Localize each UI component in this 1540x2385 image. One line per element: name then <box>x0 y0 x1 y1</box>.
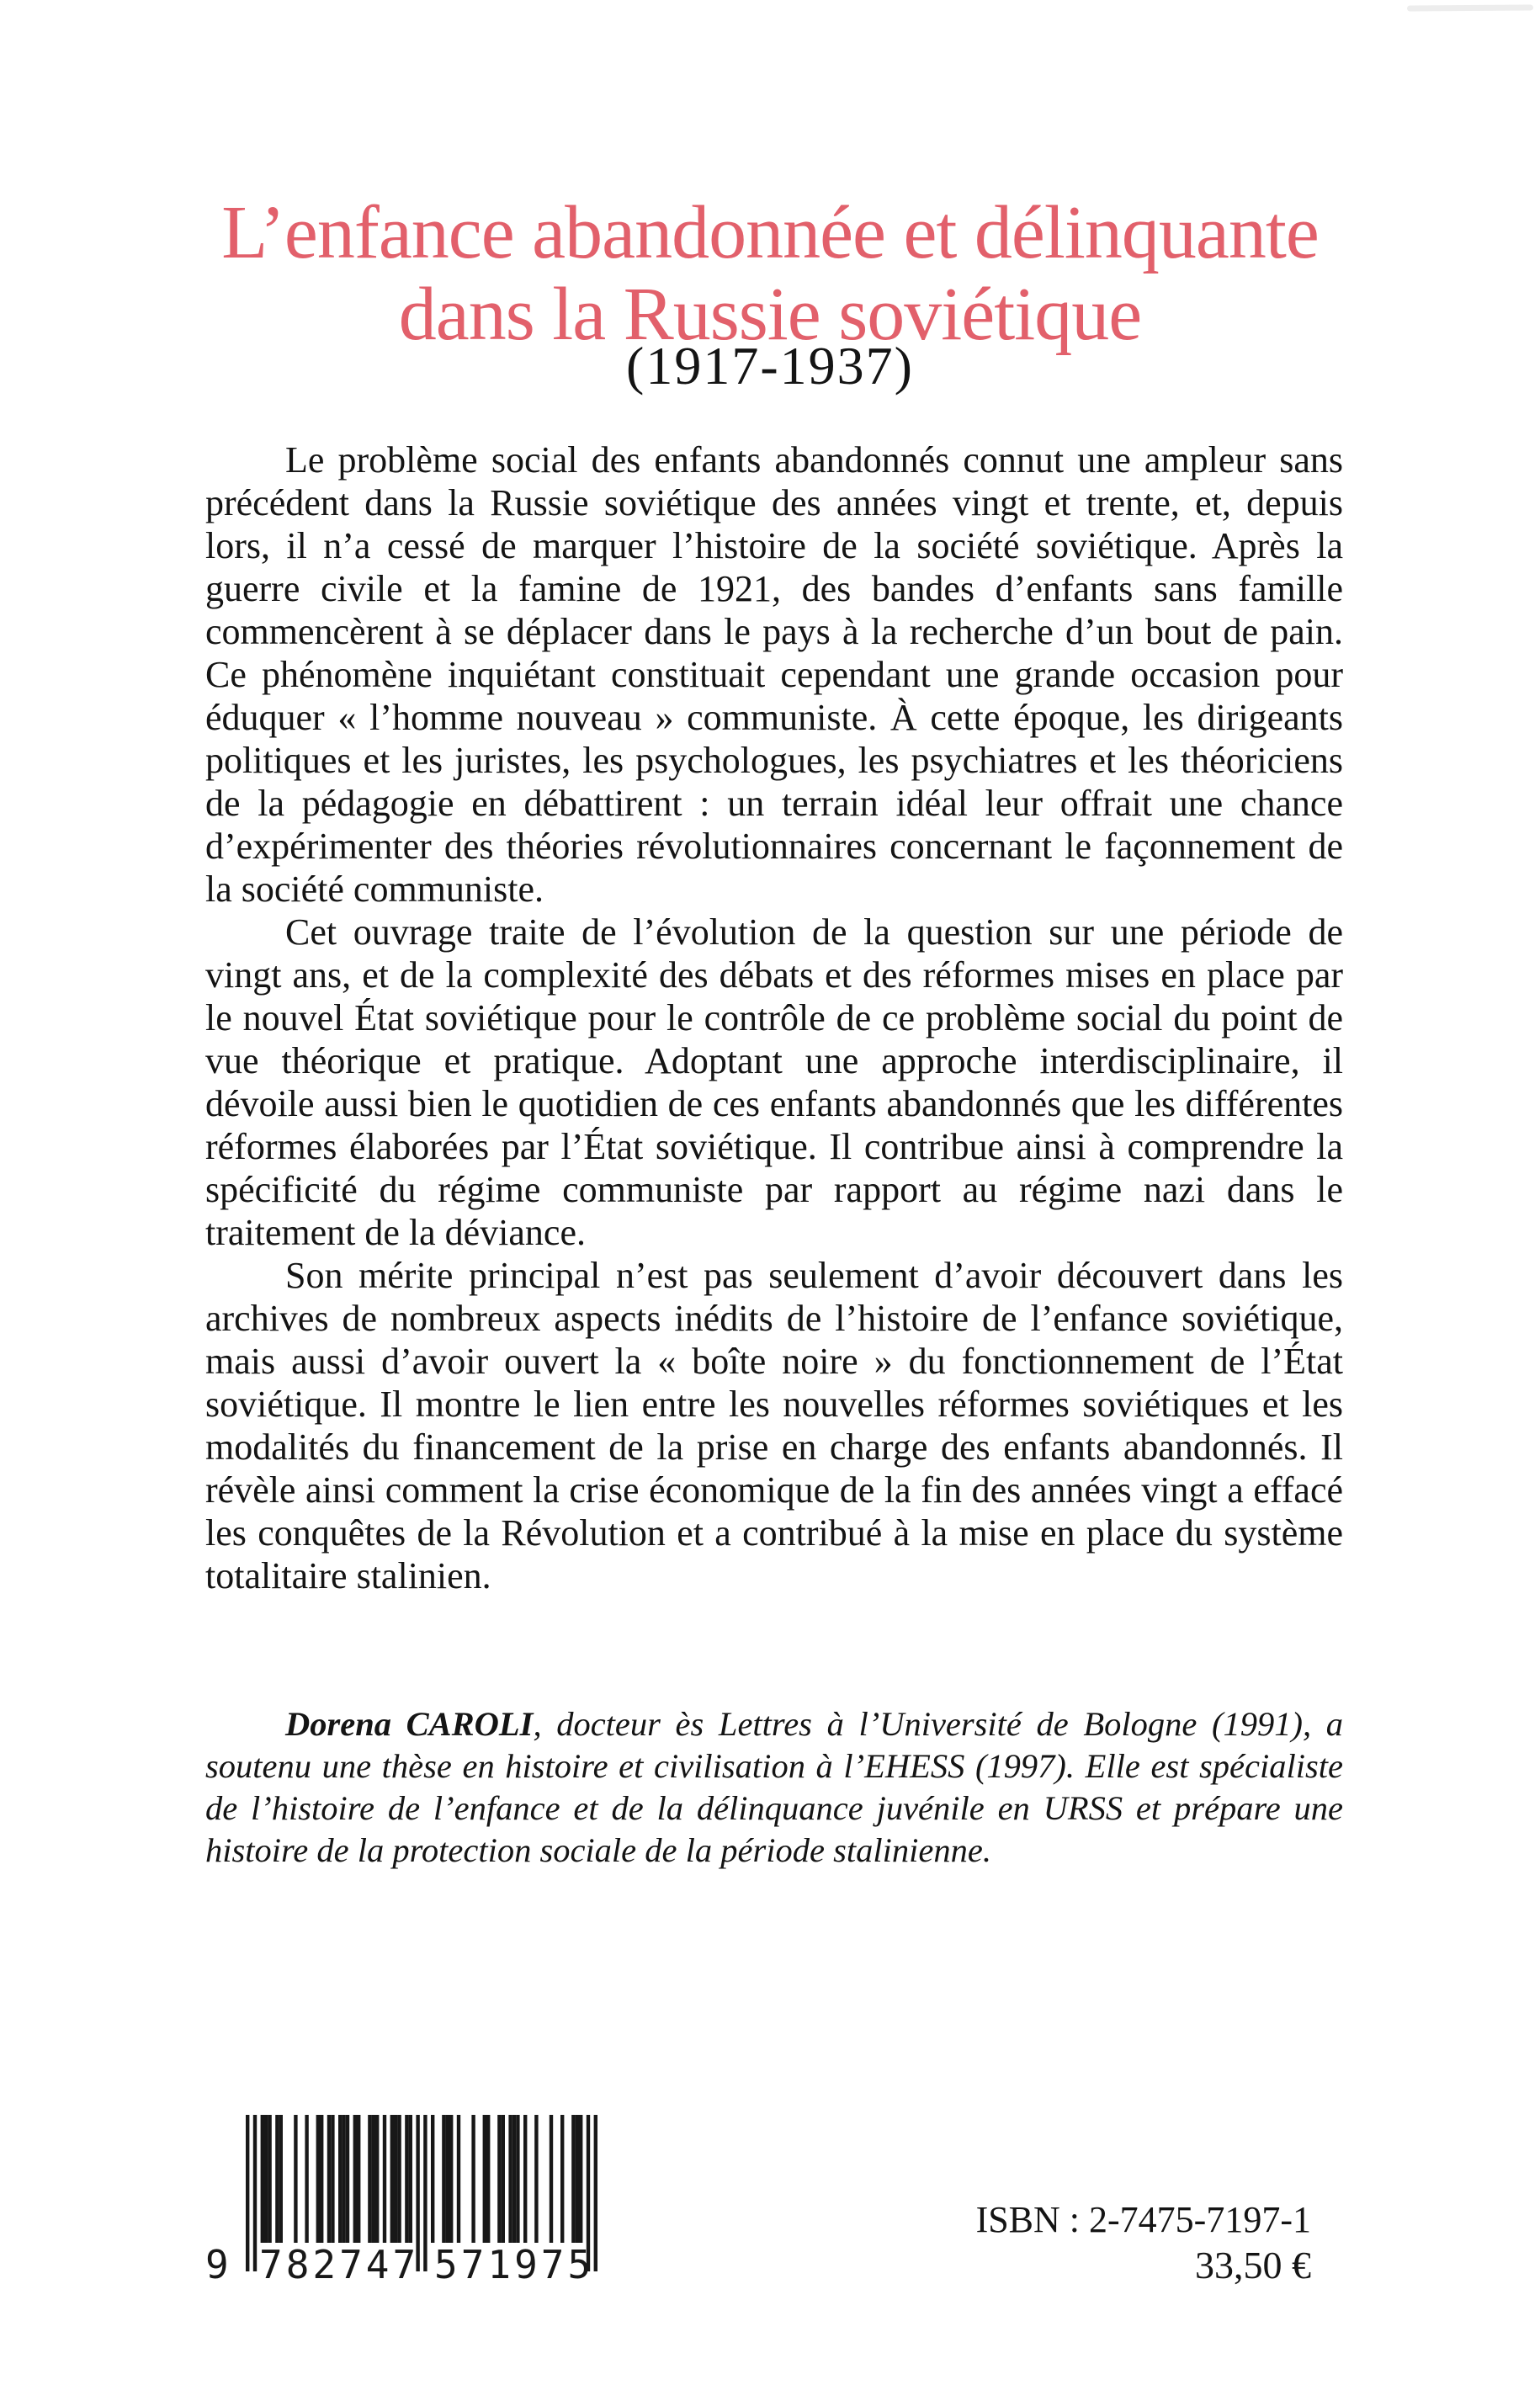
author-name: Dorena CAROLI <box>285 1705 533 1743</box>
barcode-digits-left-group: 782747 <box>259 2244 419 2286</box>
author-bio-paragraph: Dorena CAROLI, docteur ès Lettres à l’Un… <box>205 1703 1343 1872</box>
isbn-price-block: ISBN : 2-7475-7197-1 33,50 € <box>976 2198 1311 2289</box>
scan-artifact <box>1407 4 1533 11</box>
isbn-text: ISBN : 2-7475-7197-1 <box>976 2198 1311 2242</box>
synopsis-paragraph-2: Cet ouvrage traite de l’évolution de la … <box>205 911 1343 1254</box>
book-title-line1: L’enfance abandonnée et délinquante <box>221 191 1319 274</box>
price-text: 33,50 € <box>976 2242 1311 2289</box>
ean13-barcode: 9 782747 571975 <box>246 2115 597 2287</box>
author-bio: Dorena CAROLI, docteur ès Lettres à l’Un… <box>205 1703 1343 1872</box>
book-title: L’enfance abandonnée et délinquante dans… <box>0 192 1540 355</box>
book-years: (1917-1937) <box>0 335 1540 397</box>
barcode-digits-right-group: 571975 <box>434 2244 594 2286</box>
synopsis-paragraph-1: Le problème social des enfants abandonné… <box>205 438 1343 911</box>
synopsis-paragraph-3: Son mérite principal n’est pas seulement… <box>205 1254 1343 1597</box>
book-back-cover: L’enfance abandonnée et délinquante dans… <box>0 0 1540 2385</box>
barcode-digit-leading: 9 <box>205 2244 229 2286</box>
synopsis: Le problème social des enfants abandonné… <box>205 438 1343 1597</box>
